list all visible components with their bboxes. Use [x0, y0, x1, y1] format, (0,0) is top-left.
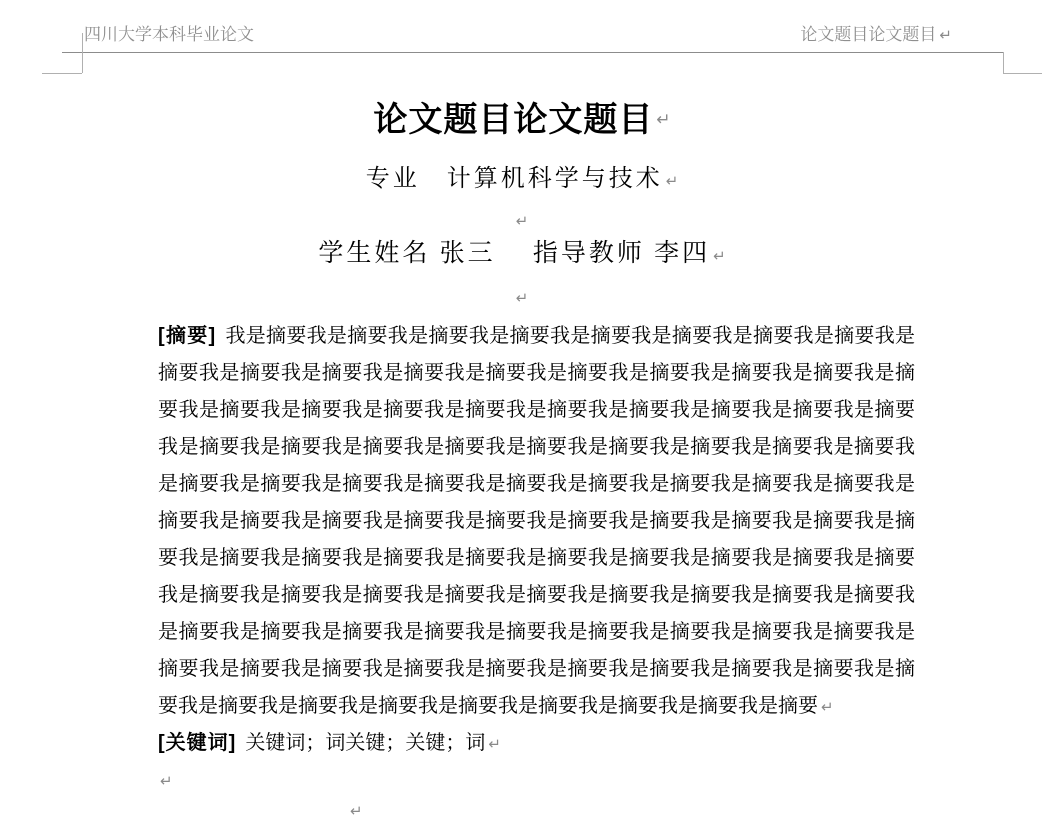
major-line-row[interactable]: 专业 计算机科学与技术↵ [82, 164, 962, 195]
major-line: 专业 计算机科学与技术 [366, 166, 663, 192]
students-line-row[interactable]: 学生姓名 张三 指导教师 李四↵ [82, 238, 962, 271]
margin-corner-mark [82, 33, 83, 73]
header-rule [62, 52, 1003, 53]
pilcrow-mark: ↵ [821, 698, 834, 716]
pilcrow-mark: ↵ [488, 735, 501, 753]
header-right[interactable]: 论文题目论文题目↵ [800, 24, 952, 46]
abstract-paragraph[interactable]: [摘要]我是摘要我是摘要我是摘要我是摘要我是摘要我是摘要我是摘要我是摘要我是摘要… [158, 318, 915, 726]
keywords-paragraph[interactable]: [关键词]关键词；词关键；关键；词↵ [158, 725, 915, 763]
abstract-text: 我是摘要我是摘要我是摘要我是摘要我是摘要我是摘要我是摘要我是摘要我是摘要我是摘要… [158, 325, 915, 717]
keywords-label: [关键词] [158, 732, 236, 754]
document-page[interactable]: 四川大学本科毕业论文 论文题目论文题目↵ 论文题目论文题目↵ 专业 计算机科学与… [0, 0, 1046, 833]
thesis-title: 论文题目论文题目 [373, 101, 653, 139]
pilcrow-mark: ↵ [666, 172, 679, 190]
pilcrow-mark: ↵ [656, 110, 670, 130]
margin-corner-mark [42, 73, 82, 74]
empty-paragraph[interactable]: ↵ [82, 212, 962, 231]
pilcrow-mark: ↵ [939, 26, 952, 44]
pilcrow-mark: ↵ [713, 247, 726, 265]
pilcrow-mark: ↵ [516, 289, 529, 307]
thesis-title-row[interactable]: 论文题目论文题目↵ [82, 100, 962, 141]
students-line: 学生姓名 张三 指导教师 李四 [318, 240, 710, 267]
abstract-label: [摘要] [158, 325, 216, 347]
margin-corner-mark [1003, 73, 1042, 74]
pilcrow-mark: ↵ [160, 772, 173, 790]
margin-corner-mark [1003, 52, 1004, 73]
pilcrow-mark: ↵ [516, 212, 529, 230]
keywords-text: 关键词；词关键；关键；词 [245, 732, 485, 754]
header-right-text: 论文题目论文题目 [800, 25, 936, 44]
header-left-text[interactable]: 四川大学本科毕业论文 [84, 24, 254, 46]
pilcrow-mark: ↵ [350, 802, 363, 820]
empty-paragraph[interactable]: ↵ [82, 289, 962, 308]
